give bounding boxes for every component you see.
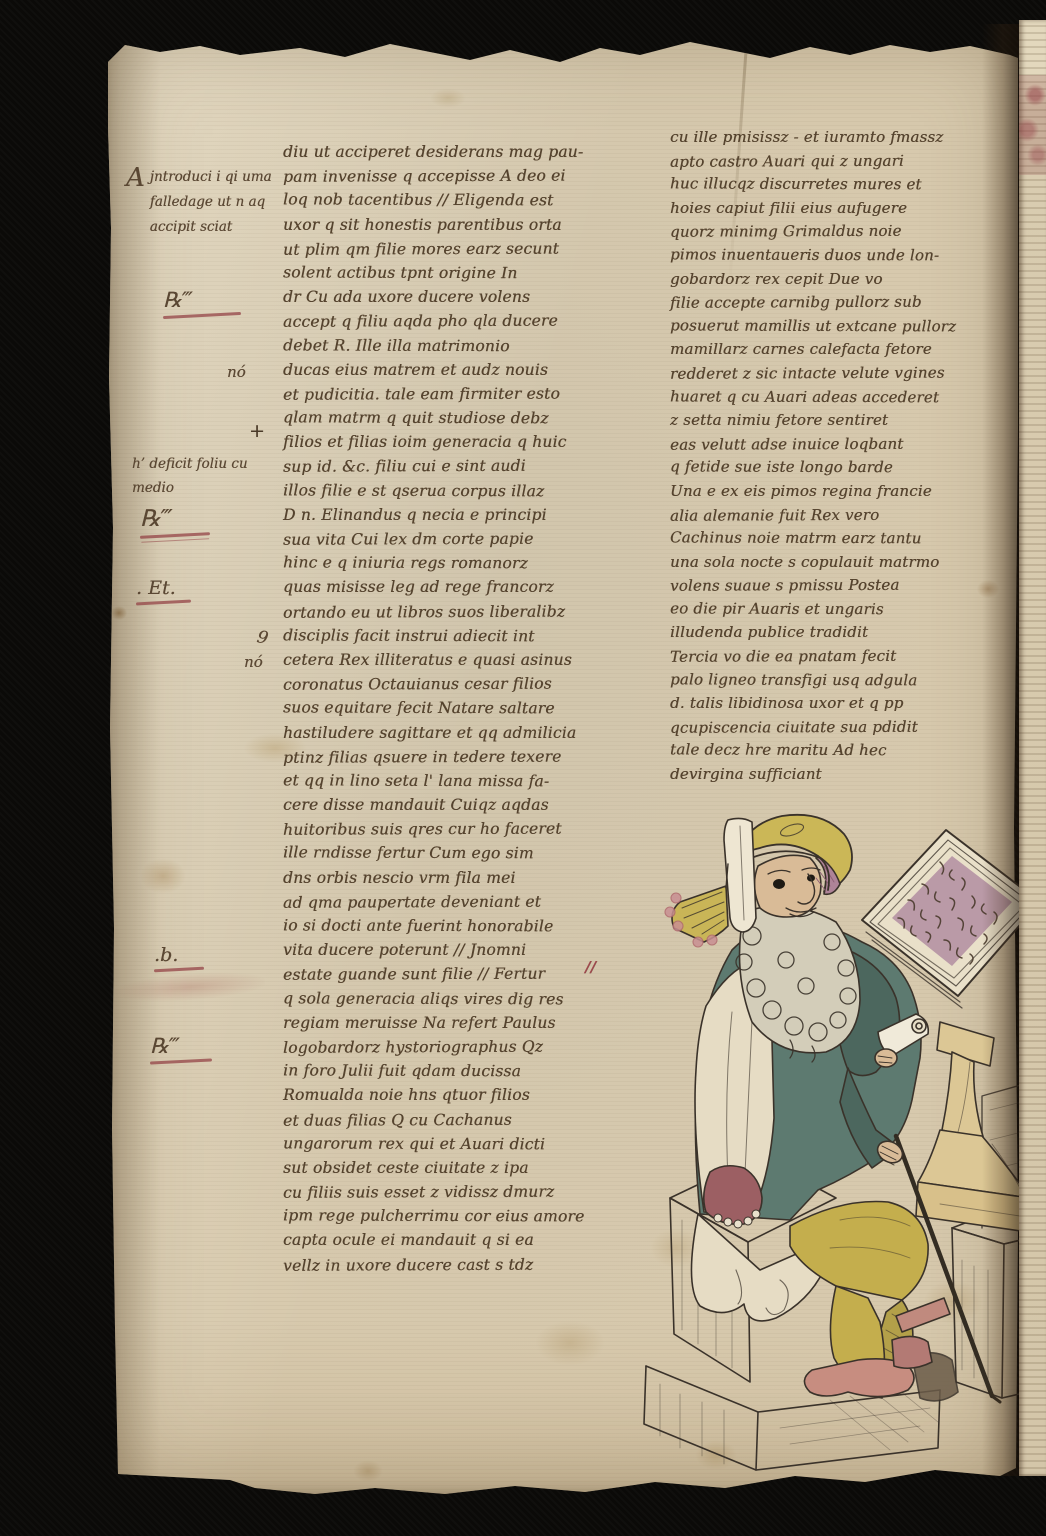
text-line: in foro Julii fuit qdam ducissa <box>283 1059 639 1084</box>
text-line: mamillarz carnes calefacta fetore <box>670 338 1020 362</box>
text-line: ptinz filias qsuere in tedere texere <box>283 744 639 770</box>
text-line: d. talis libidinosa uxor et q pp <box>670 692 1020 716</box>
right-text-column: cu ille pmisissz - et iuramto fmasszapto… <box>670 126 1020 787</box>
require-mark: ℞‴ <box>150 1034 212 1063</box>
text-line: filios et filias ioim generacia q huic <box>283 430 639 454</box>
text-line: q sola generacia aliqs vires dig res <box>283 986 639 1011</box>
text-line: loq nob tacentibus // Eligenda est <box>283 188 639 213</box>
text-line: Cachinus noie matrm earz tantu <box>670 526 1020 551</box>
text-line: devirgina sufficiant <box>670 763 1020 787</box>
text-line: capta ocule ei mandauit q si ea <box>283 1228 639 1252</box>
text-line: disciplis facit instrui adiecit int <box>283 623 639 648</box>
text-line: huc illucqz discurretes mures et <box>670 173 1020 198</box>
text-line: tale decz hre maritu Ad hec <box>670 739 1020 764</box>
text-line: gobardorz rex cepit Due vo <box>670 268 1020 292</box>
cross-mark: + <box>249 420 265 442</box>
text-line: cere disse mandauit Cuiqz aqdas <box>283 793 639 817</box>
manuscript-photo: A jntroduci i qi uma falledage ut n aq a… <box>0 0 1046 1536</box>
left-eye <box>773 879 785 889</box>
text-line: dns orbis nescio vrm fila mei <box>283 866 639 890</box>
text-line: cu ille pmisissz - et iuramto fmassz <box>670 126 1020 150</box>
next-folio-red-smudge <box>1019 75 1046 175</box>
next-folio-edge <box>1019 20 1046 1476</box>
text-line: D n. Elinandus q necia e principi <box>283 503 639 527</box>
text-line: quas misisse leg ad rege francorz <box>283 575 639 599</box>
text-line: qcupiscencia ciuitate sua pdidit <box>670 715 1020 740</box>
text-line: estate guande sunt filie // Fertur <box>283 962 639 988</box>
text-line: ut plim qm filie mores earz secunt <box>283 236 639 262</box>
text-line: solent actibus tpnt origine In <box>283 260 639 285</box>
text-line: huitoribus suis qres cur ho faceret <box>283 816 639 842</box>
text-line: redderet z sic intacte velute vgines <box>670 361 1020 386</box>
text-line: cetera Rex illiteratus e quasi asinus <box>283 648 639 672</box>
text-line: hinc e q iniuria regs romanorz <box>283 551 639 576</box>
margin-note-line: h’ deficit foliu cu <box>132 456 248 472</box>
text-line: et qq in lino seta l' lana missa fa- <box>283 768 639 793</box>
text-line: regiam meruisse Na refert Paulus <box>283 1011 639 1035</box>
nota-mark: nó <box>244 653 263 671</box>
text-line: ille rndisse fertur Cum ego sim <box>283 841 639 866</box>
text-line: posuerut mamillis ut extcane pullorz <box>670 314 1020 339</box>
text-line: suos equitare fecit Natare saltare <box>283 696 639 721</box>
text-line: una sola nocte s copulauit matrmo <box>670 551 1020 575</box>
text-line: logobardorz hystoriographus Qz <box>283 1034 639 1060</box>
margin-note-line: falledage ut n aq <box>150 194 265 210</box>
text-line: pimos inuentaueris duos unde lon- <box>670 243 1020 268</box>
b-mark: .b. <box>154 944 204 971</box>
text-line: huaret q cu Auari adeas accederet <box>670 385 1020 410</box>
text-line: ipm rege pulcherrimu cor eius amore <box>283 1204 639 1229</box>
text-line: accept q filiu aqda pho qla ducere <box>283 309 639 335</box>
et-mark: . Et. <box>136 577 191 604</box>
text-line: eas velutt adse inuice loqbant <box>670 432 1020 457</box>
require-mark: ℞‴ <box>163 288 241 317</box>
text-line: et duas filias Q cu Cachanus <box>283 1107 639 1133</box>
text-line: illos filie e st qserua corpus illaz <box>283 478 639 503</box>
margin-note-top: A jntroduci i qi uma falledage ut n aq a… <box>126 165 272 240</box>
text-line: pam invenisse q accepisse A deo ei <box>283 163 639 189</box>
text-line: debet R. Ille illa matrimonio <box>283 333 639 358</box>
text-line: vita ducere poterunt // Jnomni <box>283 938 639 962</box>
text-line: hastiludere sagittare et qq admilicia <box>283 721 639 745</box>
text-line: uxor q sit honestis parentibus orta <box>283 213 639 237</box>
text-line: volens suaue s pmissu Postea <box>670 574 1020 599</box>
text-line: coronatus Octauianus cesar filios <box>283 671 639 697</box>
face <box>754 855 820 917</box>
text-line: et pudicitia. tale eam firmiter esto <box>283 381 639 407</box>
require-mark: ℞‴ <box>140 506 210 537</box>
text-line: Una e ex eis pimos regina francie <box>670 480 1020 504</box>
text-line: ungarorum rex qui et Auari dicti <box>283 1131 639 1156</box>
text-line: sua vita Cui lex dm corte papie <box>283 526 639 552</box>
text-line: sut obsidet ceste ciuitate z ipa <box>283 1156 639 1180</box>
text-line: hoies capiut filii eius aufugere <box>670 197 1020 221</box>
text-line: qlam matrm q quit studiose debz <box>283 405 639 430</box>
text-line: vellz in uxore ducere cast s tdz <box>283 1252 639 1278</box>
text-line: ortando eu ut libros suos liberalibz <box>283 599 639 625</box>
left-text-column: diu ut acciperet desiderans mag pau-pam … <box>283 140 639 1277</box>
heel-patch <box>892 1336 932 1368</box>
hand-on-scroll <box>875 1049 897 1067</box>
text-line: alia alemanie fuit Rex vero <box>670 503 1020 528</box>
text-line: sup id. &c. filiu cui e sint audi <box>283 454 639 480</box>
margin-note-line: accipit sciat <box>150 219 232 235</box>
text-line: ducas eius matrem et audz nouis <box>283 358 639 382</box>
margin-initial-a: A <box>126 165 145 191</box>
gutter-shadow <box>982 24 1020 1476</box>
text-line: Tercia vo die ea pnatam fecit <box>670 644 1020 669</box>
text-line: apto castro Auari qui z ungari <box>670 149 1020 174</box>
text-line: cu filiis suis esset z vidissz dmurz <box>283 1179 639 1205</box>
text-line: Romualda noie hns qtuor filios <box>283 1083 639 1107</box>
text-line: palo ligneo transfigi usq adgula <box>670 668 1020 693</box>
margin-note-line: medio <box>132 480 174 496</box>
margin-note-deficit: h’ deficit foliu cu medio <box>132 452 248 500</box>
text-line: dr Cu ada uxore ducere volens <box>283 285 639 309</box>
text-line: filie accepte carnibg pullorz sub <box>670 290 1020 315</box>
text-line: q fetide sue iste longo barde <box>670 456 1020 481</box>
margin-note-line: jntroduci i qi uma <box>150 169 272 185</box>
text-line: ad qma paupertate deveniant et <box>283 889 639 915</box>
text-line: z setta nimiu fetore sentiret <box>670 409 1020 433</box>
nota-mark: nó <box>227 363 246 381</box>
scroll-spiral <box>912 1019 926 1033</box>
text-line: quorz minimg Grimaldus noie <box>670 220 1020 245</box>
text-line: io si docti ante fuerint honorabile <box>283 913 639 938</box>
text-line: eo die pir Auaris et ungaris <box>670 597 1020 622</box>
text-line: diu ut acciperet desiderans mag pau- <box>283 140 639 164</box>
text-line: illudenda publice tradidit <box>670 621 1020 645</box>
